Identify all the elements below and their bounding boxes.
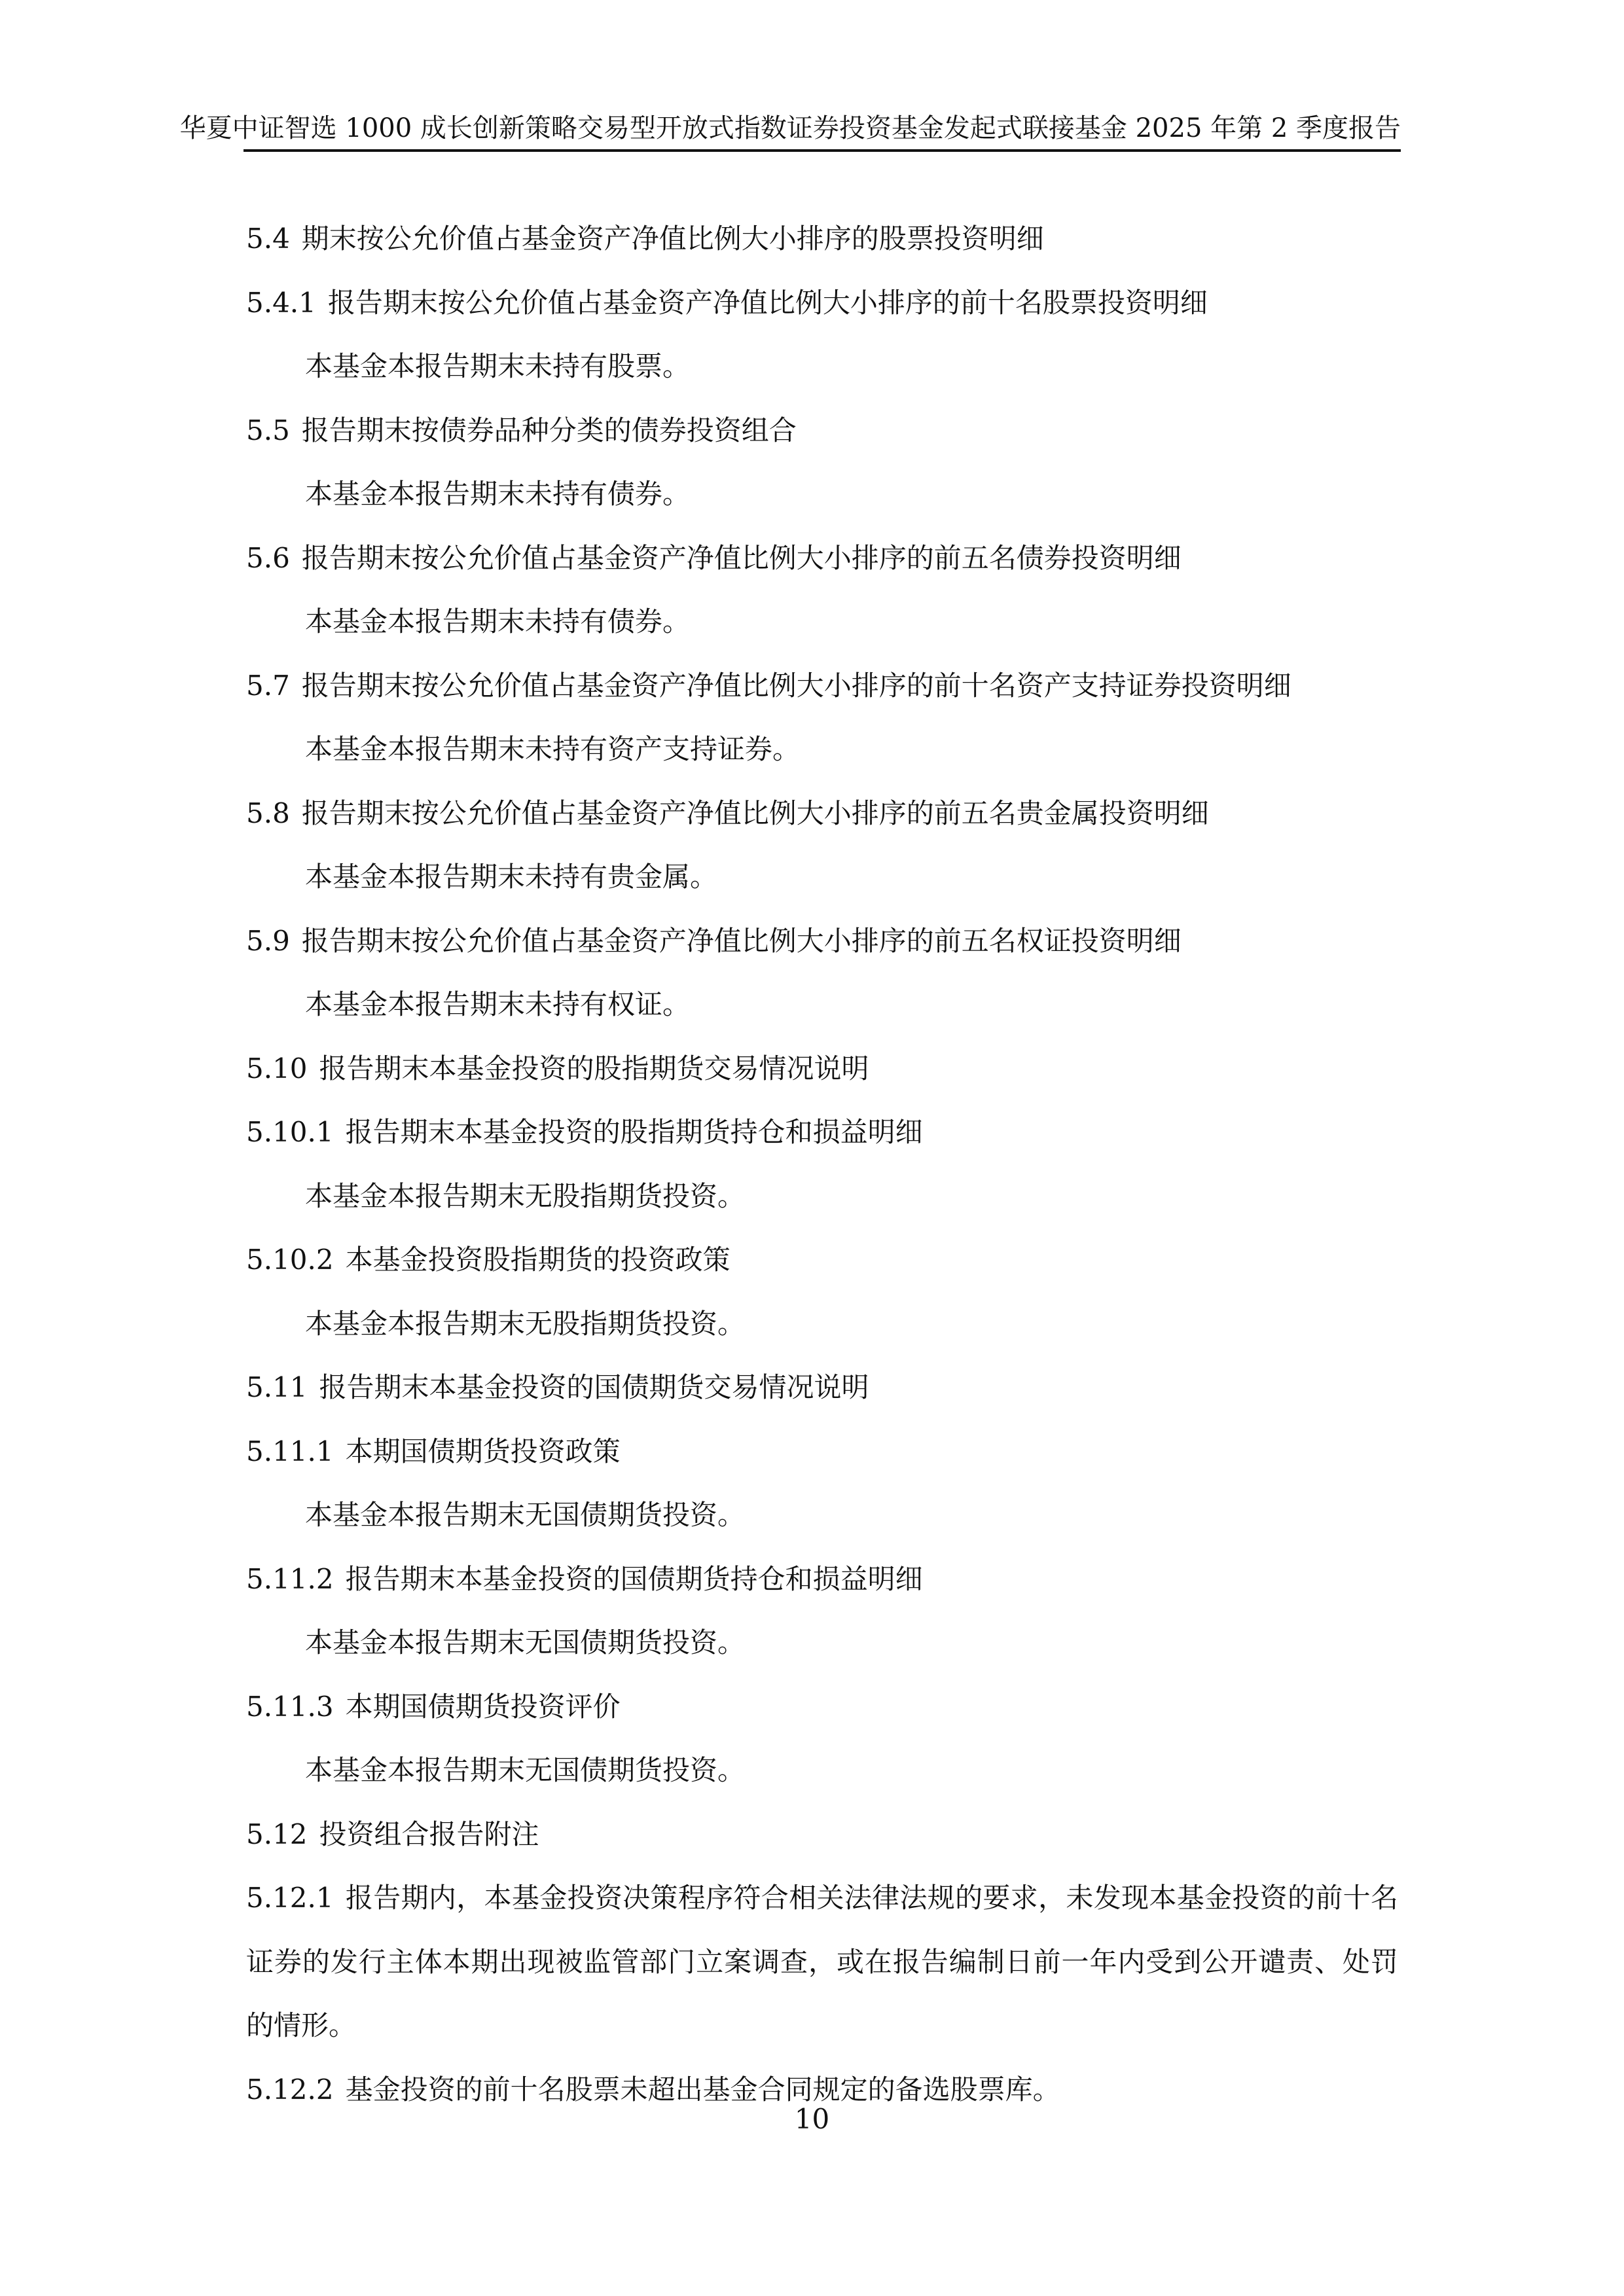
heading-5-8: 5.8报告期末按公允价值占基金资产净值比例大小排序的前五名贵金属投资明细 (246, 781, 1398, 846)
heading-text: 报告期末按公允价值占基金资产净值比例大小排序的前五名贵金属投资明细 (302, 797, 1209, 829)
heading-5-11: 5.11报告期末本基金投资的国债期货交易情况说明 (246, 1355, 1398, 1420)
heading-5-12: 5.12投资组合报告附注 (246, 1803, 1398, 1867)
heading-5-5: 5.5报告期末按债券品种分类的债券投资组合 (246, 399, 1398, 463)
section-number: 5.5 (246, 399, 290, 463)
heading-text: 报告期末按公允价值占基金资产净值比例大小排序的前五名权证投资明细 (302, 925, 1182, 957)
heading-5-11-3: 5.11.3本期国债期货投资评价 (246, 1675, 1398, 1739)
heading-5-10-1: 5.10.1报告期末本基金投资的股指期货持仓和损益明细 (246, 1100, 1398, 1164)
heading-text: 报告期末本基金投资的国债期货交易情况说明 (319, 1371, 869, 1403)
section-number: 5.8 (246, 781, 290, 846)
body-text: 本基金本报告期末无国债期货投资。 (246, 1611, 1398, 1675)
section-number: 5.12.1 (246, 1866, 334, 1930)
section-number: 5.12 (246, 1803, 308, 1867)
section-number: 5.6 (246, 526, 290, 590)
paragraph-5-12-1: 5.12.1报告期内，本基金投资决策程序符合相关法律法规的要求，未发现本基金投资… (246, 1866, 1398, 2058)
heading-5-10-2: 5.10.2本基金投资股指期货的投资政策 (246, 1228, 1398, 1292)
body-text: 本基金本报告期末未持有贵金属。 (246, 845, 1398, 909)
report-title: 华夏中证智选 1000 成长创新策略交易型开放式指数证券投资基金发起式联接基金 … (180, 110, 1401, 147)
section-number: 5.10 (246, 1037, 308, 1101)
heading-5-11-2: 5.11.2报告期末本基金投资的国债期货持仓和损益明细 (246, 1547, 1398, 1611)
section-number: 5.11 (246, 1355, 308, 1420)
heading-5-4-1: 5.4.1报告期末按公允价值占基金资产净值比例大小排序的前十名股票投资明细 (246, 271, 1398, 335)
body-text: 本基金本报告期末未持有债券。 (246, 462, 1398, 526)
heading-text: 报告期末按公允价值占基金资产净值比例大小排序的前五名债券投资明细 (302, 542, 1182, 574)
heading-5-7: 5.7报告期末按公允价值占基金资产净值比例大小排序的前十名资产支持证券投资明细 (246, 654, 1398, 718)
paragraph-text: 报告期内，本基金投资决策程序符合相关法律法规的要求，未发现本基金投资的前十名证券… (246, 1882, 1398, 2041)
body-text: 本基金本报告期末无国债期货投资。 (246, 1483, 1398, 1547)
header-rule (244, 149, 1401, 152)
body-text: 本基金本报告期末无国债期货投资。 (246, 1738, 1398, 1803)
section-number: 5.9 (246, 909, 290, 973)
heading-5-6: 5.6报告期末按公允价值占基金资产净值比例大小排序的前五名债券投资明细 (246, 526, 1398, 590)
heading-text: 报告期末本基金投资的股指期货交易情况说明 (319, 1052, 869, 1085)
heading-text: 报告期末按债券品种分类的债券投资组合 (302, 414, 797, 446)
heading-text: 本期国债期货投资评价 (346, 1691, 621, 1723)
heading-text: 报告期末按公允价值占基金资产净值比例大小排序的前十名资产支持证券投资明细 (302, 670, 1291, 702)
heading-text: 本基金投资股指期货的投资政策 (346, 1244, 731, 1276)
section-number: 5.7 (246, 654, 290, 718)
section-number: 5.10.1 (246, 1100, 334, 1164)
body-text: 本基金本报告期末无股指期货投资。 (246, 1292, 1398, 1356)
section-number: 5.11.3 (246, 1675, 334, 1739)
heading-text: 投资组合报告附注 (319, 1818, 539, 1850)
body-text: 本基金本报告期末无股指期货投资。 (246, 1164, 1398, 1229)
body-text: 本基金本报告期末未持有股票。 (246, 334, 1398, 399)
body-text: 本基金本报告期末未持有债券。 (246, 590, 1398, 654)
heading-5-10: 5.10报告期末本基金投资的股指期货交易情况说明 (246, 1037, 1398, 1101)
heading-text: 本期国债期货投资政策 (346, 1435, 621, 1467)
document-body: 5.4期末按公允价值占基金资产净值比例大小排序的股票投资明细 5.4.1报告期末… (246, 207, 1398, 2121)
heading-5-11-1: 5.11.1本期国债期货投资政策 (246, 1420, 1398, 1484)
heading-5-9: 5.9报告期末按公允价值占基金资产净值比例大小排序的前五名权证投资明细 (246, 909, 1398, 973)
section-number: 5.4 (246, 207, 290, 271)
heading-text: 期末按公允价值占基金资产净值比例大小排序的股票投资明细 (302, 223, 1044, 255)
heading-text: 报告期末本基金投资的国债期货持仓和损益明细 (346, 1563, 923, 1595)
page-header: 华夏中证智选 1000 成长创新策略交易型开放式指数证券投资基金发起式联接基金 … (244, 110, 1401, 151)
body-text: 本基金本报告期末未持有权证。 (246, 973, 1398, 1037)
section-number: 5.4.1 (246, 271, 316, 335)
section-number: 5.11.1 (246, 1420, 334, 1484)
body-text: 本基金本报告期末未持有资产支持证券。 (246, 717, 1398, 781)
heading-5-4: 5.4期末按公允价值占基金资产净值比例大小排序的股票投资明细 (246, 207, 1398, 271)
section-number: 5.11.2 (246, 1547, 334, 1611)
page-number: 10 (0, 2101, 1624, 2138)
heading-text: 报告期末本基金投资的股指期货持仓和损益明细 (346, 1116, 923, 1148)
heading-text: 报告期末按公允价值占基金资产净值比例大小排序的前十名股票投资明细 (328, 287, 1208, 319)
section-number: 5.10.2 (246, 1228, 334, 1292)
